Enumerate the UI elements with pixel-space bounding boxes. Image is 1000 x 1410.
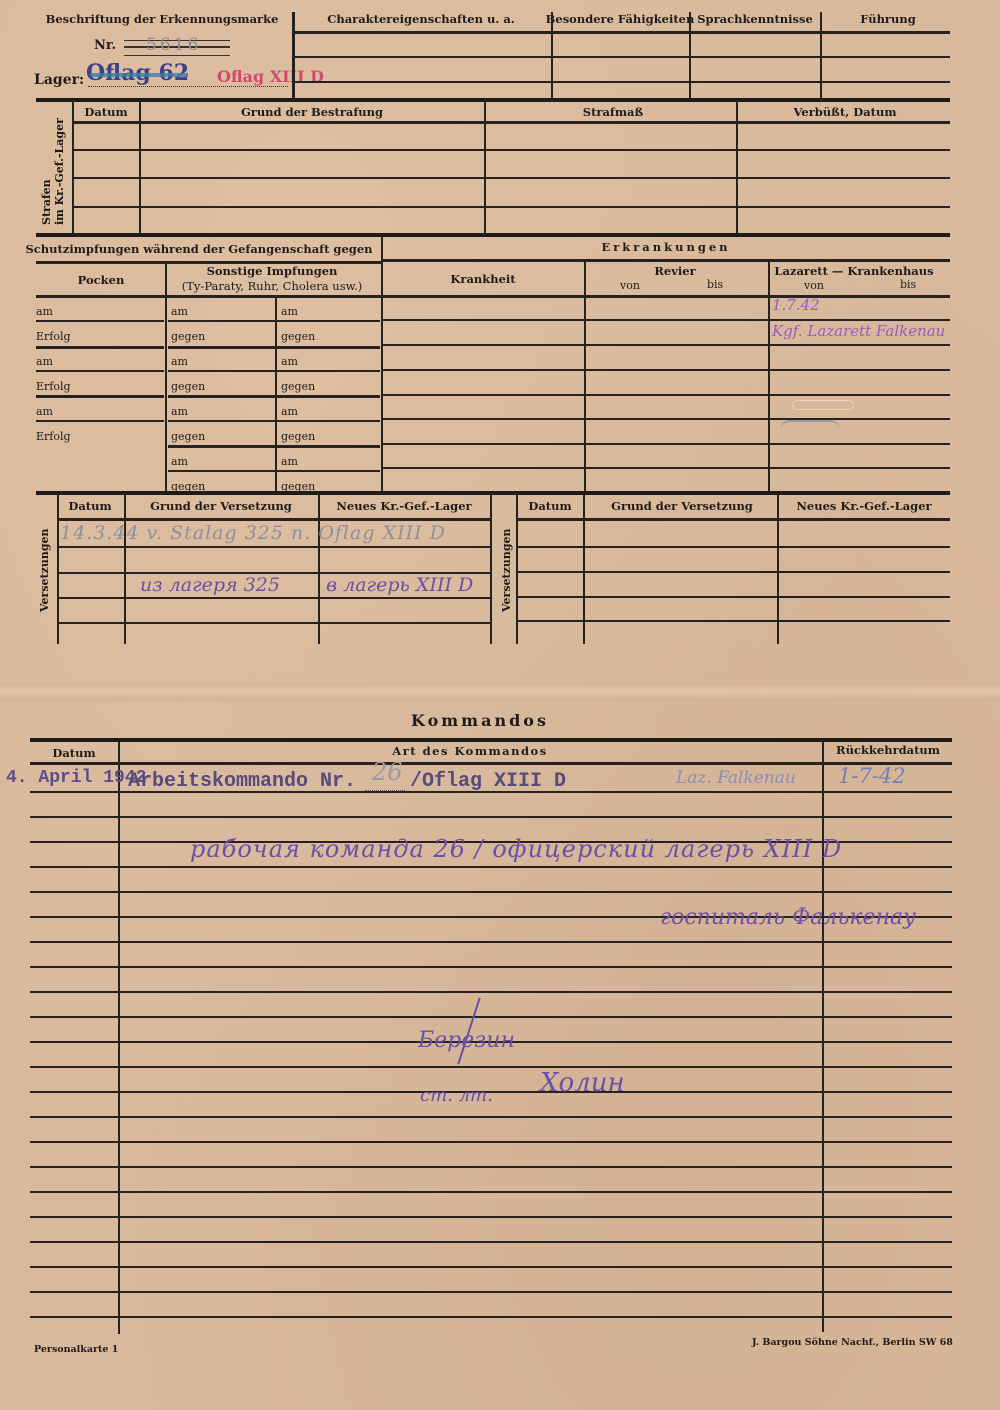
col-neues-lager: Neues Kr.-Gef.-Lager: [796, 499, 931, 513]
ruled-line: [30, 816, 952, 818]
col-charakter: Charaktereigenschaften u. a.: [327, 12, 515, 26]
revier-bis: bis: [707, 278, 723, 291]
col-datum: Datum: [52, 746, 95, 760]
divider: [383, 443, 950, 445]
kommando-nr: 26: [372, 758, 403, 786]
sonstige-row: gegen: [171, 380, 205, 393]
col-datum: Datum: [68, 499, 111, 513]
divider: [689, 12, 691, 98]
divider: [490, 494, 492, 644]
divider: [294, 56, 950, 58]
strafen-label-1: Strafen: [40, 179, 53, 225]
divider: [57, 518, 490, 521]
col-art: Art des Kommandos: [392, 744, 547, 758]
col-fuehrung: Führung: [860, 12, 916, 26]
lazarett-label: Lazarett — Krankenhaus: [774, 264, 933, 278]
ruled-line: [30, 891, 952, 893]
ruled-line: [30, 1191, 952, 1193]
divider: [383, 259, 950, 262]
sonstige-row: gegen: [281, 380, 315, 393]
ruled-line: [30, 1316, 952, 1318]
versetzung-entry-russian-1: из лагеря 325: [140, 574, 280, 596]
kommando-russian-line-1: рабочая команда 26 / офицерский лагерь X…: [190, 835, 842, 863]
ruled-line: [30, 1066, 952, 1068]
kommando-stamp-suffix: /Oflag XIII D: [410, 770, 566, 793]
versetzung-entry-russian-2: в лагерь XIII D: [326, 574, 473, 596]
col-sprachen: Sprachkenntnisse: [697, 12, 813, 26]
divider: [57, 622, 490, 624]
divider: [72, 177, 950, 179]
kommando-stamp-date: 4. April 1942: [6, 768, 146, 788]
pocken-row: am: [36, 405, 53, 418]
divider: [383, 344, 950, 346]
divider: [165, 262, 167, 492]
divider: [168, 420, 380, 422]
divider: [516, 494, 518, 644]
ruled-line: [30, 866, 952, 868]
divider: [383, 319, 950, 321]
divider: [383, 369, 950, 371]
ruled-line: [30, 1291, 952, 1293]
ruled-line: [30, 991, 952, 993]
col-grund: Grund der Versetzung: [611, 499, 753, 513]
strafen-side-label: Strafen im Kr.-Gef.-Lager: [40, 118, 66, 225]
erkrankungen-title: Erkrankungen: [601, 240, 730, 254]
paper-fold: [0, 683, 1000, 701]
lazarett-place: Kgf. Lazarett Falkenau: [772, 322, 945, 340]
nr-value: 5616: [146, 35, 201, 55]
versetzungen-side-label-left: Versetzungen: [38, 528, 51, 612]
divider: [168, 395, 380, 398]
kommandos-title: Kommandos: [411, 711, 549, 730]
lager-label: Lager:: [34, 72, 84, 88]
sonstige-row: am: [281, 305, 298, 318]
kommando-stamp-text: Arbeitskommando Nr.: [128, 770, 356, 793]
ruled-line: [30, 941, 952, 943]
sonstige-sub: (Ty-Paraty, Ruhr, Cholera usw.): [182, 279, 362, 293]
divider: [383, 394, 950, 396]
divider: [820, 12, 822, 98]
col-datum: Datum: [84, 105, 127, 119]
divider: [583, 494, 585, 644]
col-grund: Grund der Bestrafung: [241, 105, 383, 119]
nr-label: Nr.: [94, 38, 116, 53]
divider: [383, 467, 950, 469]
footer-printer: J. Bargou Söhne Nachf., Berlin SW 68: [752, 1337, 953, 1348]
col-faehigkeiten: Besondere Fähigkeiten: [546, 12, 695, 26]
divider: [768, 261, 770, 492]
ruled-line: [30, 1141, 952, 1143]
divider: [777, 494, 779, 644]
divider: [518, 518, 950, 521]
pocken-row: Erfolg: [36, 330, 71, 343]
divider: [381, 236, 383, 492]
versetzung-entry-faded: 14.3.44 v. Stalag 325 n. Oflag XIII D: [60, 522, 446, 544]
divider: [36, 395, 164, 398]
lazarett-von: von: [804, 279, 824, 292]
divider: [518, 546, 950, 548]
strafen-label-2: im Kr.-Gef.-Lager: [53, 118, 66, 225]
col-datum: Datum: [528, 499, 571, 513]
revier-label: Revier: [654, 264, 695, 278]
divider: [36, 320, 164, 322]
col-rueckkehr: Rückkehrdatum: [836, 743, 940, 757]
revier-von: von: [620, 279, 640, 292]
col-grund: Grund der Versetzung: [150, 499, 292, 513]
kommando-note-pencil: Laz. Falkenau: [676, 768, 796, 788]
divider: [57, 597, 490, 599]
pocken-row: am: [36, 355, 53, 368]
staple-mark: [792, 400, 854, 410]
kommando-russian-line-2: госпиталь Фалькенау: [660, 905, 916, 930]
divider: [36, 346, 164, 349]
divider: [36, 491, 950, 495]
divider: [36, 98, 950, 102]
divider: [72, 121, 950, 124]
ruled-line: [30, 966, 952, 968]
divider: [72, 206, 950, 208]
sonstige-row: gegen: [281, 430, 315, 443]
divider: [30, 762, 952, 765]
ruled-line: [30, 1116, 952, 1118]
col-strafmass: Strafmaß: [583, 105, 643, 119]
lager-field[interactable]: [88, 86, 288, 87]
col-verbuesst: Verbüßt, Datum: [794, 105, 897, 119]
impfungen-title: Schutzimpfungen während der Gefangenscha…: [26, 242, 373, 256]
divider: [168, 470, 380, 472]
divider: [168, 370, 380, 372]
lazarett-bis: bis: [900, 278, 916, 291]
divider: [294, 81, 950, 83]
divider: [30, 738, 952, 742]
kommando-nr-field[interactable]: [365, 790, 405, 791]
kommando-return-date: 1-7-42: [838, 764, 906, 788]
divider: [518, 596, 950, 598]
divider: [36, 233, 950, 237]
divider: [518, 620, 950, 622]
ruled-line: [30, 1016, 952, 1018]
divider: [584, 261, 586, 492]
sonstige-row: am: [171, 405, 188, 418]
divider: [168, 346, 380, 349]
divider: [118, 742, 120, 1334]
krankheit-label: Krankheit: [450, 272, 515, 286]
pocken-row: Erfolg: [36, 380, 71, 393]
nr-field[interactable]: 5616: [124, 40, 230, 56]
ruled-line: [30, 1166, 952, 1168]
sonstige-row: am: [171, 355, 188, 368]
pocken-row: am: [36, 305, 53, 318]
pocken-row: Erfolg: [36, 430, 71, 443]
divider: [57, 546, 490, 548]
sonstige-row: am: [281, 405, 298, 418]
signature-rank: ст. лт.: [420, 1085, 493, 1106]
lager-value-stamp: Oflag XIII D: [217, 67, 324, 86]
divider: [168, 445, 380, 448]
signature-2: Холин: [540, 1068, 625, 1098]
divider: [822, 742, 824, 1332]
versetzungen-side-label-right: Versetzungen: [500, 528, 513, 612]
ruled-line: [30, 1241, 952, 1243]
sonstige-row: am: [281, 355, 298, 368]
lazarett-date: 1.7.42: [772, 296, 820, 314]
sonstige-row: am: [171, 455, 188, 468]
ruled-line: [30, 1216, 952, 1218]
sonstige-row: gegen: [171, 430, 205, 443]
staple-icon: [780, 420, 840, 432]
sonstige-row: am: [171, 305, 188, 318]
divider: [294, 31, 950, 34]
pocken-label: Pocken: [78, 273, 125, 287]
sonstige-row: gegen: [281, 330, 315, 343]
divider: [518, 571, 950, 573]
strike-through-line: [90, 73, 188, 77]
divider: [551, 12, 553, 98]
col-neues-lager: Neues Kr.-Gef.-Lager: [336, 499, 471, 513]
divider: [168, 320, 380, 322]
erkennungsmarke-label: Beschriftung der Erkennungsmarke: [46, 12, 279, 26]
divider: [383, 418, 950, 420]
divider: [36, 420, 164, 422]
divider: [72, 149, 950, 151]
ruled-line: [30, 1266, 952, 1268]
sonstige-row: am: [281, 455, 298, 468]
divider: [36, 370, 164, 372]
sonstige-label: Sonstige Impfungen: [207, 264, 338, 278]
footer-form-name: Personalkarte 1: [34, 1344, 118, 1355]
sonstige-row: gegen: [171, 330, 205, 343]
